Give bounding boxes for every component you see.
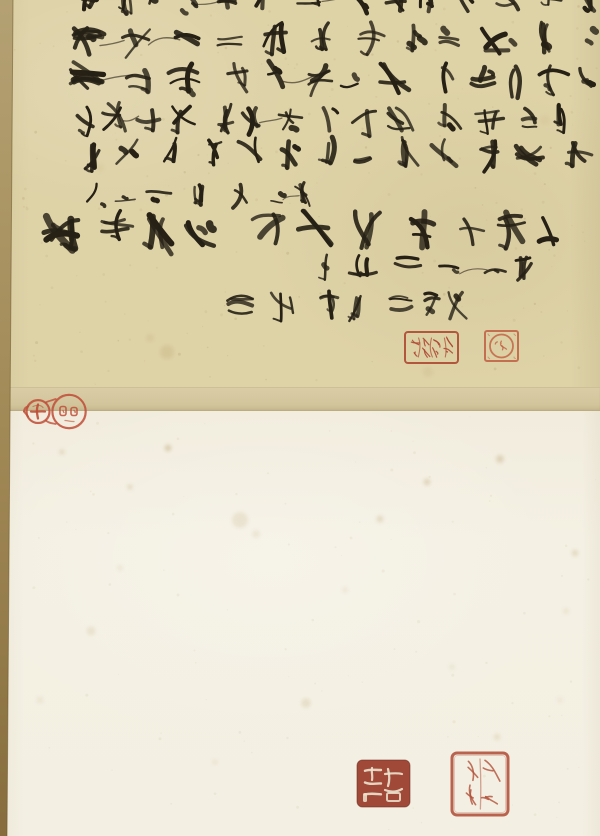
collector-seal-solid (357, 760, 410, 807)
foxing-stains-layer (14, 5, 598, 830)
calligraphy-row-7 (44, 211, 557, 254)
calligraphy-row-2 (73, 22, 595, 58)
artwork-render-svg (0, 0, 600, 836)
calligraphy-row-4 (77, 103, 564, 137)
colophon-seal-rectangular (405, 332, 458, 363)
colophon-seal-circle (485, 331, 518, 361)
collector-seal-outline (452, 753, 508, 815)
calligraphy-row-9 (227, 291, 466, 321)
collector-seal-gourd (24, 395, 86, 429)
calligraphy-row-1 (82, 0, 594, 14)
calligraphy-row-3 (71, 61, 594, 98)
calligraphy-row-5 (85, 137, 592, 172)
calligraphy-row-6 (87, 183, 310, 208)
calligraphy-row-8 (319, 255, 531, 280)
artwork-photo (0, 0, 600, 836)
calligraphy-ink-layer (44, 0, 596, 321)
seal-impressions-layer (24, 331, 518, 815)
mounting-border-strip (0, 0, 13, 836)
